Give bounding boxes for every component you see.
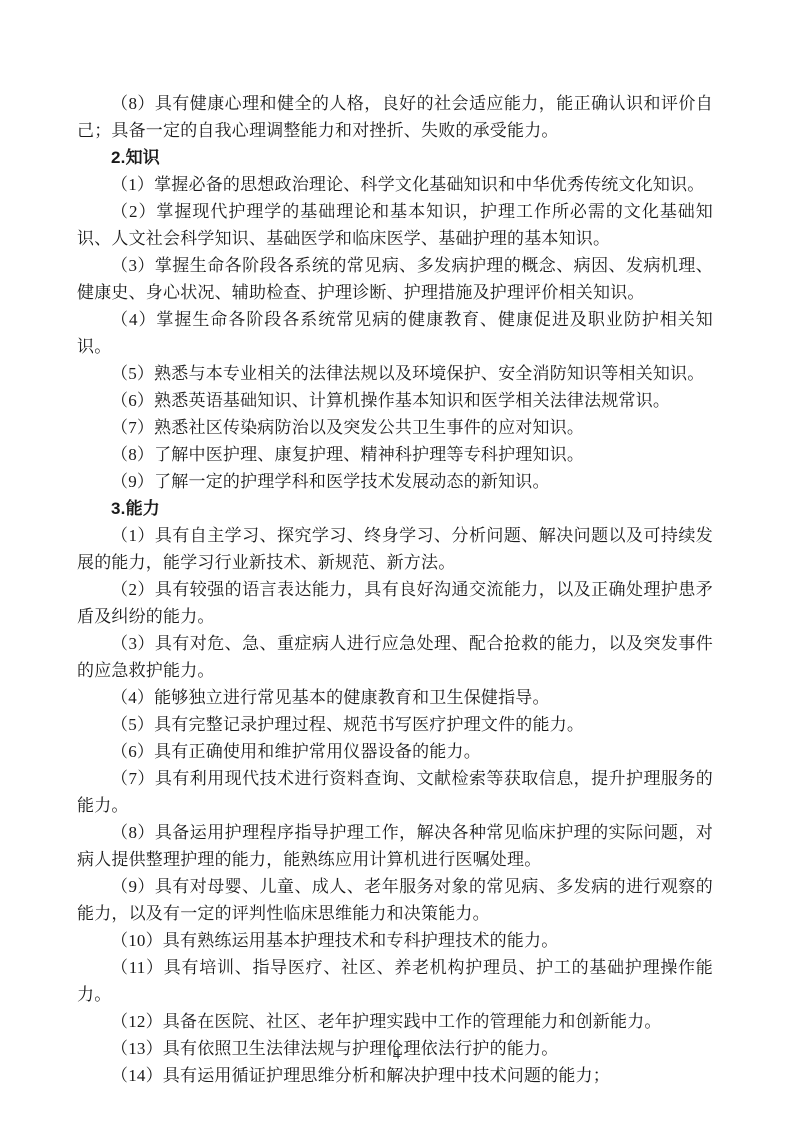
knowledge-item-3: （3）掌握生命各阶段各系统的常见病、多发病护理的概念、病因、发病机理、健康史、身…	[77, 252, 713, 306]
knowledge-item-9: （9）了解一定的护理学科和医学技术发展动态的新知识。	[77, 468, 713, 495]
ability-item-5: （5）具有完整记录护理过程、规范书写医疗护理文件的能力。	[77, 711, 713, 738]
section-heading-ability: 3.能力	[77, 495, 713, 522]
page-number: 4	[0, 1046, 793, 1064]
ability-item-2: （2）具有较强的语言表达能力，具有良好沟通交流能力，以及正确处理护患矛盾及纠纷的…	[77, 576, 713, 630]
document-page: （8）具有健康心理和健全的人格，良好的社会适应能力，能正确认识和评价自己；具备一…	[0, 0, 793, 1122]
ability-item-1: （1）具有自主学习、探究学习、终身学习、分析问题、解决问题以及可持续发展的能力，…	[77, 522, 713, 576]
ability-item-7: （7）具有利用现代技术进行资料查询、文献检索等获取信息，提升护理服务的能力。	[77, 765, 713, 819]
knowledge-item-1: （1）掌握必备的思想政治理论、科学文化基础知识和中华优秀传统文化知识。	[77, 171, 713, 198]
knowledge-item-2: （2）掌握现代护理学的基础理论和基本知识，护理工作所必需的文化基础知识、人文社会…	[77, 198, 713, 252]
ability-item-10: （10）具有熟练运用基本护理技术和专科护理技术的能力。	[77, 927, 713, 954]
knowledge-item-7: （7）熟悉社区传染病防治以及突发公共卫生事件的应对知识。	[77, 414, 713, 441]
ability-item-11: （11）具有培训、指导医疗、社区、养老机构护理员、护工的基础护理操作能力。	[77, 954, 713, 1008]
ability-item-12: （12）具备在医院、社区、老年护理实践中工作的管理能力和创新能力。	[77, 1008, 713, 1035]
section-heading-knowledge: 2.知识	[77, 144, 713, 171]
knowledge-item-6: （6）熟悉英语基础知识、计算机操作基本知识和医学相关法律法规常识。	[77, 387, 713, 414]
document-body: （8）具有健康心理和健全的人格，良好的社会适应能力，能正确认识和评价自己；具备一…	[77, 90, 713, 1089]
ability-item-6: （6）具有正确使用和维护常用仪器设备的能力。	[77, 738, 713, 765]
ability-item-4: （4）能够独立进行常见基本的健康教育和卫生保健指导。	[77, 684, 713, 711]
ability-item-9: （9）具有对母婴、儿童、成人、老年服务对象的常见病、多发病的进行观察的能力，以及…	[77, 873, 713, 927]
knowledge-item-4: （4）掌握生命各阶段各系统常见病的健康教育、健康促进及职业防护相关知识。	[77, 306, 713, 360]
ability-item-14: （14）具有运用循证护理思维分析和解决护理中技术问题的能力；	[77, 1062, 713, 1089]
paragraph-item-8-continued: （8）具有健康心理和健全的人格，良好的社会适应能力，能正确认识和评价自己；具备一…	[77, 90, 713, 144]
knowledge-item-5: （5）熟悉与本专业相关的法律法规以及环境保护、安全消防知识等相关知识。	[77, 360, 713, 387]
knowledge-item-8: （8）了解中医护理、康复护理、精神科护理等专科护理知识。	[77, 441, 713, 468]
ability-item-8: （8）具备运用护理程序指导护理工作，解决各种常见临床护理的实际问题，对病人提供整…	[77, 819, 713, 873]
ability-item-3: （3）具有对危、急、重症病人进行应急处理、配合抢救的能力，以及突发事件的应急救护…	[77, 630, 713, 684]
